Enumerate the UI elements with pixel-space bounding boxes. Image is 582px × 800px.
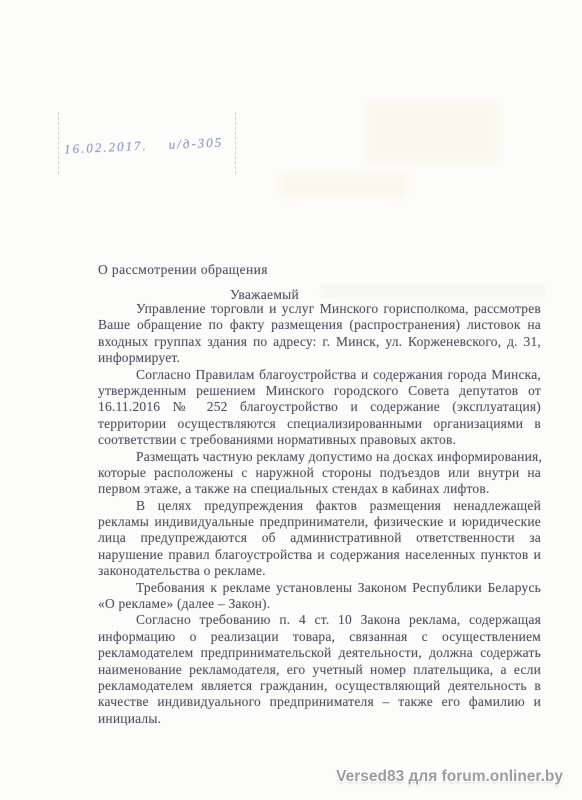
document-line: рекламодателем является гражданин, осуще… [98,678,541,694]
document-line: информирует. [98,350,541,366]
redacted-name-area [320,284,545,299]
document-line: Ваше обращение по факту размещения (расп… [98,317,541,333]
document-line: законодательства о рекламе. [98,563,541,579]
stamp-outline-right-edge [235,112,236,174]
document-line: территории осуществляются специализирова… [98,416,541,432]
document-line: Согласно требованию п. 4 ст. 10 Закона р… [98,612,541,628]
document-line: Управление торговли и услуг Минского гор… [98,301,541,317]
document-line: соответствии с требованиями нормативных … [98,432,541,448]
document-line: инициалы. [98,711,541,727]
scan-artifact [280,172,407,198]
document-line: наименование рекламодателя, его учетный … [98,662,541,678]
document-line: входных группах здания по адресу: г. Мин… [98,334,541,350]
document-line: В целях предупреждения фактов размещения… [98,498,541,514]
document-line: рекламодателем предпринимательской деяте… [98,645,541,661]
document-line: информацию о реализации товара, связанна… [98,629,541,645]
document-line: первом этаже, а также на специальных сте… [98,481,541,497]
document-line: Согласно Правилам благоустройства и соде… [98,367,541,383]
stamp-outline-left-edge [58,112,59,174]
document-line: Размещать частную рекламу допустимо на д… [98,449,541,465]
document-line: утвержденным решением Минского городског… [98,383,541,399]
document-line: «О рекламе» (далее – Закон). [98,596,541,612]
document-line: качестве индивидуального предпринимателя… [98,694,541,710]
document-line: которые расположены с наружной стороны п… [98,465,541,481]
document-body: Управление торговли и услуг Минского гор… [98,301,541,727]
document-line: 16.11.2016 № 252 благоустройство и содер… [98,399,541,415]
document-line: лица предупреждаются об административной… [98,530,541,546]
document-line: Требования к рекламе установлены Законом… [98,580,541,596]
scanned-letter-page: 16.02.2017. и/д-305 О рассмотрении обращ… [0,0,582,800]
scan-artifact [367,100,500,164]
handwritten-registration-note: 16.02.2017. и/д-305 [64,135,224,158]
document-line: нарушение правил благоустройства и содер… [98,547,541,563]
forum-watermark: Versed83 для forum.onliner.by [336,768,563,786]
document-line: рекламы индивидуальные предприниматели, … [98,514,541,530]
document-title: О рассмотрении обращения [98,262,268,278]
